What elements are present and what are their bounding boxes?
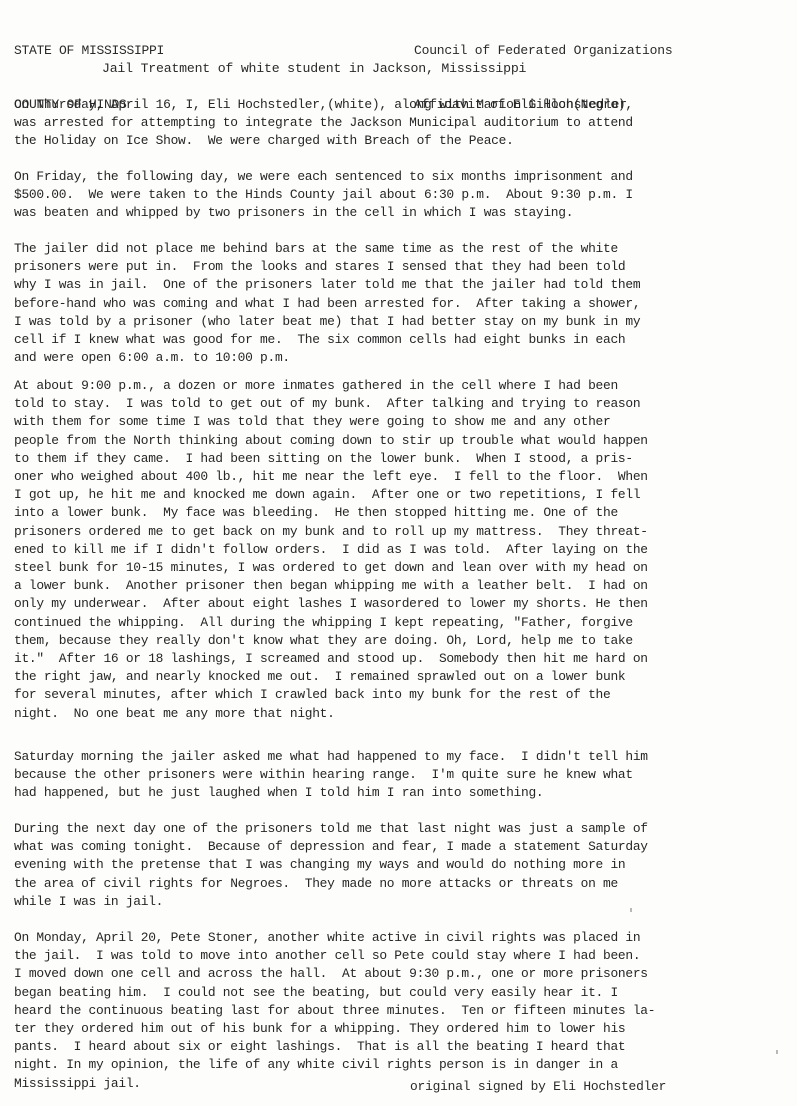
- text-line: $500.00. We were taken to the Hinds Coun…: [14, 186, 794, 204]
- signature-line: original signed by Eli Hochstedler: [410, 1078, 666, 1096]
- text-line: oner who weighed about 400 lb., hit me n…: [14, 468, 794, 486]
- text-line: I got up, he hit me and knocked me down …: [14, 486, 794, 504]
- text-line: because the other prisoners were within …: [14, 766, 794, 784]
- paragraph-monday: On Monday, April 20, Pete Stoner, anothe…: [14, 929, 794, 1093]
- organization-line: Council of Federated Organizations: [414, 42, 672, 60]
- text-line: began beating him. I could not see the b…: [14, 984, 794, 1002]
- text-line: ened to kill me if I didn't follow order…: [14, 541, 794, 559]
- text-line: the jail. I was told to move into anothe…: [14, 947, 794, 965]
- text-line: prisoners ordered me to get back on my b…: [14, 523, 794, 541]
- paragraph-jailer: The jailer did not place me behind bars …: [14, 240, 794, 367]
- text-line: night. In my opinion, the life of any wh…: [14, 1056, 794, 1074]
- text-line: with them for some time I was told that …: [14, 413, 794, 431]
- text-line: a lower bunk. Another prisoner then bega…: [14, 577, 794, 595]
- text-line: had happened, but he just laughed when I…: [14, 784, 794, 802]
- text-line: the area of civil rights for Negroes. Th…: [14, 875, 794, 893]
- text-line: was arrested for attempting to integrate…: [14, 114, 794, 132]
- text-line: the Holiday on Ice Show. We were charged…: [14, 132, 794, 150]
- text-line: it." After 16 or 18 lashings, I screamed…: [14, 650, 794, 668]
- text-line: pants. I heard about six or eight lashin…: [14, 1038, 794, 1056]
- document-title: Jail Treatment of white student in Jacks…: [102, 60, 526, 78]
- text-line: cell if I knew what was good for me. The…: [14, 331, 794, 349]
- text-line: steel bunk for 10-15 minutes, I was orde…: [14, 559, 794, 577]
- text-line: The jailer did not place me behind bars …: [14, 240, 794, 258]
- text-line: told to stay. I was told to get out of m…: [14, 395, 794, 413]
- text-line: evening with the pretense that I was cha…: [14, 856, 794, 874]
- text-line: Mississippi jail.: [14, 1075, 794, 1093]
- text-line: At about 9:00 p.m., a dozen or more inma…: [14, 377, 794, 395]
- text-line: I moved down one cell and across the hal…: [14, 965, 794, 983]
- paragraph-saturday: Saturday morning the jailer asked me wha…: [14, 748, 794, 803]
- text-line: the right jaw, and nearly knocked me out…: [14, 668, 794, 686]
- text-line: and were open 6:00 a.m. to 10:00 p.m.: [14, 349, 794, 367]
- affidavit-page: STATE OF MISSISSIPPI COUNTY OF HINDS Cou…: [0, 0, 797, 1106]
- text-line: On Monday, April 20, Pete Stoner, anothe…: [14, 929, 794, 947]
- text-line: into a lower bunk. My face was bleeding.…: [14, 504, 794, 522]
- text-line: while I was in jail.: [14, 893, 794, 911]
- paragraph-sentencing: On Friday, the following day, we were ea…: [14, 168, 794, 223]
- text-line: On Thursday, April 16, I, Eli Hochstedle…: [14, 96, 794, 114]
- paragraph-arrest: On Thursday, April 16, I, Eli Hochstedle…: [14, 96, 794, 151]
- text-line: what was coming tonight. Because of depr…: [14, 838, 794, 856]
- text-line: before-hand who was coming and what I ha…: [14, 295, 794, 313]
- text-line: night. No one beat me any more that nigh…: [14, 705, 794, 723]
- text-line: ter they ordered him out of his bunk for…: [14, 1020, 794, 1038]
- text-line: On Friday, the following day, we were ea…: [14, 168, 794, 186]
- text-line: people from the North thinking about com…: [14, 432, 794, 450]
- state-line: STATE OF MISSISSIPPI: [14, 42, 164, 60]
- text-line: them, because they really don't know wha…: [14, 632, 794, 650]
- paragraph-next-day: During the next day one of the prisoners…: [14, 820, 794, 911]
- text-line: During the next day one of the prisoners…: [14, 820, 794, 838]
- text-line: why I was in jail. One of the prisoners …: [14, 276, 794, 294]
- text-line: Saturday morning the jailer asked me wha…: [14, 748, 794, 766]
- text-line: prisoners were put in. From the looks an…: [14, 258, 794, 276]
- paragraph-beating: At about 9:00 p.m., a dozen or more inma…: [14, 377, 794, 723]
- scan-speck: [776, 1050, 778, 1054]
- text-line: heard the continuous beating last for ab…: [14, 1002, 794, 1020]
- scan-speck: [630, 908, 632, 912]
- text-line: for several minutes, after which I crawl…: [14, 686, 794, 704]
- text-line: to them if they came. I had been sitting…: [14, 450, 794, 468]
- text-line: only my underwear. After about eight las…: [14, 595, 794, 613]
- text-line: I was told by a prisoner (who later beat…: [14, 313, 794, 331]
- text-line: continued the whipping. All during the w…: [14, 614, 794, 632]
- text-line: was beaten and whipped by two prisoners …: [14, 204, 794, 222]
